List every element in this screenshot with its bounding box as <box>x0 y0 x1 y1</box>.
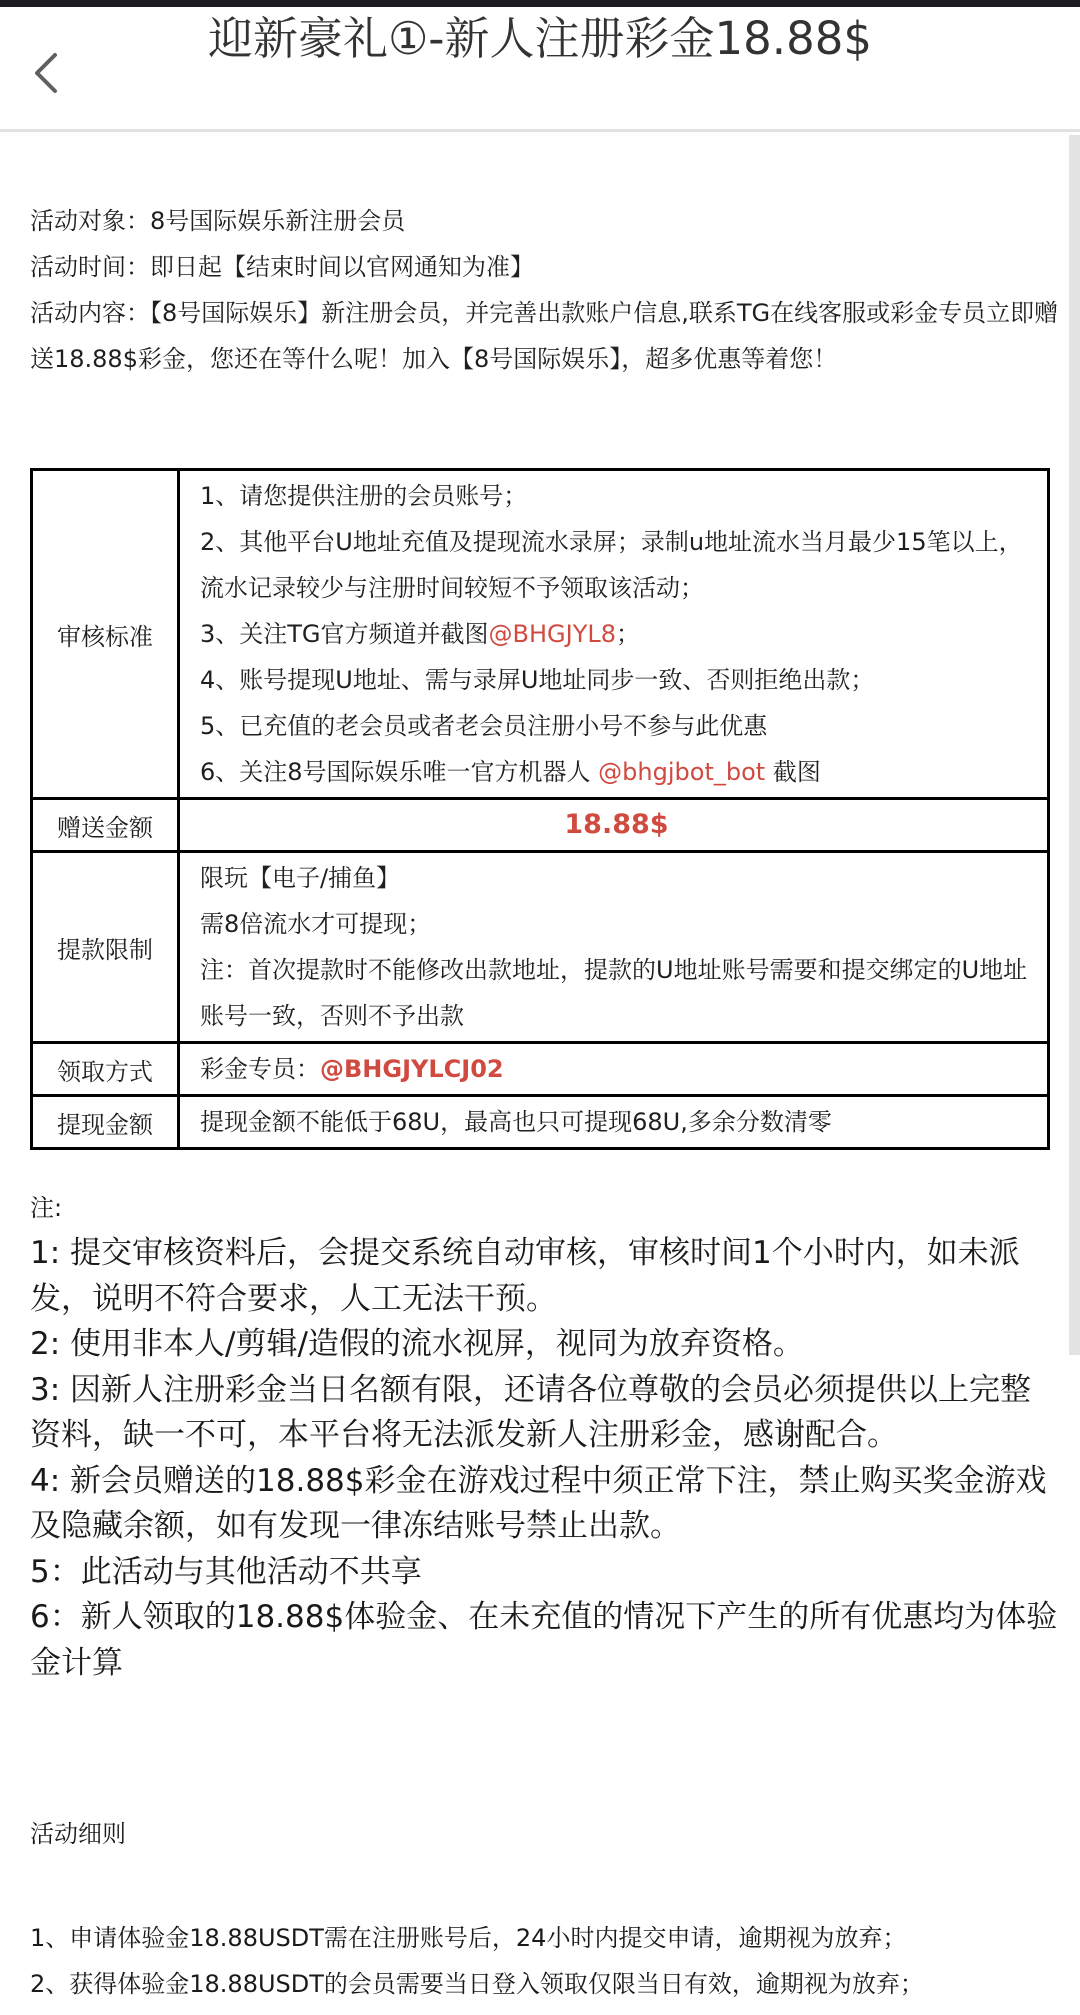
row-value: 限玩【电子/捕鱼】 需8倍流水才可提现； 注：首次提款时不能修改出款地址，提款的… <box>179 852 1049 1043</box>
note-item: 6：新人领取的18.88$体验金、在未充值的情况下产生的所有优惠均为体验金计算 <box>30 1595 1060 1686</box>
limit-item-1: 限玩【电子/捕鱼】 <box>200 855 1033 901</box>
limit-item-2: 需8倍流水才可提现； <box>200 901 1033 947</box>
note-item: 1: 提交审核资料后，会提交系统自动审核，审核时间1个小时内，如未派发，说明不符… <box>30 1231 1060 1322</box>
target-label: 活动对象： <box>30 207 150 235</box>
note-item: 5：此活动与其他活动不共享 <box>30 1550 1060 1596</box>
limit-item-3: 注：首次提款时不能修改出款地址，提款的U地址账号需要和提交绑定的U地址账号一致，… <box>200 947 1033 1039</box>
notes-section: 注: 1: 提交审核资料后，会提交系统自动审核，审核时间1个小时内，如未派发，说… <box>30 1185 1060 1686</box>
row-label: 赠送金额 <box>32 799 179 852</box>
bonus-agent-link[interactable]: @BHGJYLCJ02 <box>320 1055 504 1083</box>
note-item: 4: 新会员赠送的18.88$彩金在游戏过程中须正常下注，禁止购买奖金游戏及隐藏… <box>30 1459 1060 1550</box>
rules-table: 审核标准 1、请您提供注册的会员账号； 2、其他平台U地址充值及提现流水录屏；录… <box>30 468 1050 1150</box>
notes-title: 注: <box>30 1185 1060 1231</box>
table-row-claim-method: 领取方式 彩金专员：@BHGJYLCJ02 <box>32 1043 1049 1096</box>
review-item-1: 1、请您提供注册的会员账号； <box>200 473 1033 519</box>
tg-channel-link[interactable]: @BHGJYL8 <box>489 620 617 648</box>
row-label: 提现金额 <box>32 1096 179 1149</box>
article-content: 活动对象：8号国际娱乐新注册会员 活动时间：即日起【结束时间以官网通知为准】 活… <box>0 135 1069 2015</box>
time-label: 活动时间： <box>30 253 150 281</box>
table-row-withdraw-amount: 提现金额 提现金额不能低于68U，最高也只可提现68U,多余分数清零 <box>32 1096 1049 1149</box>
note-item: 2: 使用非本人/剪辑/造假的流水视屏，视同为放弃资格。 <box>30 1322 1060 1368</box>
review-item-2: 2、其他平台U地址充值及提现流水录屏；录制u地址流水当月最少15笔以上，流水记录… <box>200 519 1033 611</box>
bonus-amount: 18.88$ <box>179 799 1049 852</box>
page-header: 迎新豪礼①-新人注册彩金18.88$ <box>0 7 1080 132</box>
scrollbar-thumb[interactable] <box>1069 135 1080 1355</box>
row-label: 领取方式 <box>32 1043 179 1096</box>
row-value: 彩金专员：@BHGJYLCJ02 <box>179 1043 1049 1096</box>
chevron-left-icon <box>31 51 61 95</box>
details-title: 活动细则 <box>30 1811 126 1857</box>
page-title: 迎新豪礼①-新人注册彩金18.88$ <box>200 11 880 67</box>
note-item: 3: 因新人注册彩金当日名额有限，还请各位尊敬的会员必须提供以上完整资料，缺一不… <box>30 1368 1060 1459</box>
content-label: 活动内容： <box>30 299 150 327</box>
time-value: 即日起【结束时间以官网通知为准】 <box>150 253 534 281</box>
activity-content: 活动内容：【8号国际娱乐】新注册会员，并完善出款账户信息,联系TG在线客服或彩金… <box>30 290 1060 382</box>
table-row-withdraw-limit: 提款限制 限玩【电子/捕鱼】 需8倍流水才可提现； 注：首次提款时不能修改出款地… <box>32 852 1049 1043</box>
detail-item: 1、申请体验金18.88USDT需在注册账号后，24小时内提交申请，逾期视为放弃… <box>30 1915 1060 1961</box>
review-item-4: 4、账号提现U地址、需与录屏U地址同步一致、否则拒绝出款； <box>200 657 1033 703</box>
review-item-5: 5、已充值的老会员或者老会员注册小号不参与此优惠 <box>200 703 1033 749</box>
status-bar <box>0 0 1080 7</box>
activity-time: 活动时间：即日起【结束时间以官网通知为准】 <box>30 244 1060 290</box>
table-row-review: 审核标准 1、请您提供注册的会员账号； 2、其他平台U地址充值及提现流水录屏；录… <box>32 470 1049 799</box>
row-value: 1、请您提供注册的会员账号； 2、其他平台U地址充值及提现流水录屏；录制u地址流… <box>179 470 1049 799</box>
table-row-bonus-amount: 赠送金额 18.88$ <box>32 799 1049 852</box>
official-bot-link[interactable]: @bhgjbot_bot <box>598 758 765 786</box>
row-label: 审核标准 <box>32 470 179 799</box>
target-value: 8号国际娱乐新注册会员 <box>150 207 405 235</box>
activity-target: 活动对象：8号国际娱乐新注册会员 <box>30 198 1060 244</box>
detail-item: 2、获得体验金18.88USDT的会员需要当日登入领取仅限当日有效，逾期视为放弃… <box>30 1961 1060 2007</box>
row-value: 提现金额不能低于68U，最高也只可提现68U,多余分数清零 <box>179 1096 1049 1149</box>
row-label: 提款限制 <box>32 852 179 1043</box>
review-item-6: 6、关注8号国际娱乐唯一官方机器人 @bhgjbot_bot 截图 <box>200 749 1033 795</box>
back-button[interactable] <box>26 43 66 103</box>
notes-list: 1: 提交审核资料后，会提交系统自动审核，审核时间1个小时内，如未派发，说明不符… <box>30 1231 1060 1686</box>
content-value: 【8号国际娱乐】新注册会员，并完善出款账户信息,联系TG在线客服或彩金专员立即赠… <box>30 299 1058 373</box>
review-item-3: 3、关注TG官方频道并截图@BHGJYL8； <box>200 611 1033 657</box>
activity-intro: 活动对象：8号国际娱乐新注册会员 活动时间：即日起【结束时间以官网通知为准】 活… <box>30 198 1060 382</box>
details-list: 1、申请体验金18.88USDT需在注册账号后，24小时内提交申请，逾期视为放弃… <box>30 1915 1060 2007</box>
